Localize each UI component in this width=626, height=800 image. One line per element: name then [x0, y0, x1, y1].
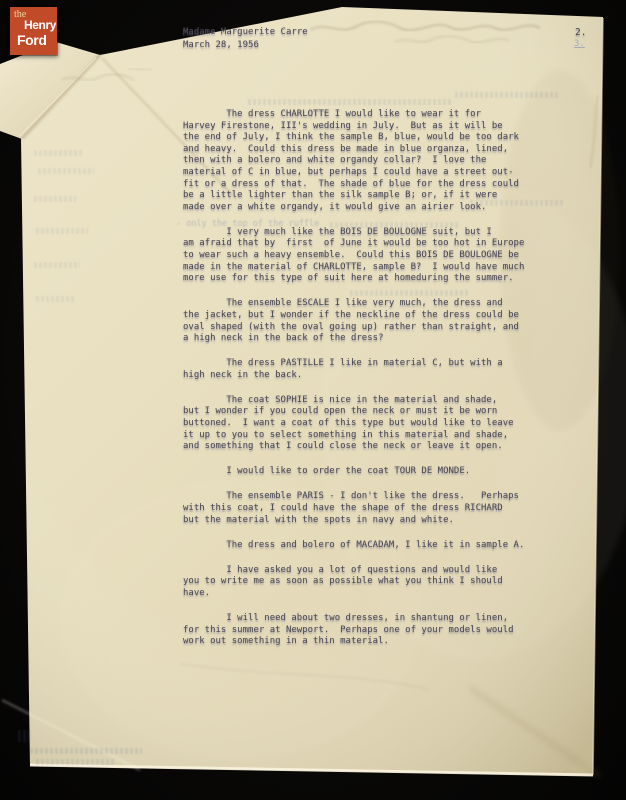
typed-paragraph: The dress and bolero of MACADAM, I like … — [183, 540, 563, 552]
logo-word-ford: Ford — [17, 32, 47, 48]
logo-word-henry: Henry — [24, 18, 56, 32]
ghost-text-fragment — [455, 92, 560, 98]
scanned-letter-canvas: the Henry Ford Madame Marguerite CarreMa… — [0, 0, 626, 800]
ghost-text-fragment — [36, 759, 116, 765]
ghost-text-fragment — [330, 222, 460, 228]
ghost-text-fragment — [470, 200, 565, 206]
typed-paragraph: The ensemble PARIS - I don't like the dr… — [183, 491, 563, 526]
henry-ford-logo: the Henry Ford — [10, 7, 57, 55]
typed-paragraph: The dress PASTILLE I like in material C,… — [183, 358, 563, 381]
ghost-text-fragment — [38, 168, 94, 174]
letter-body: The dress CHARLOTTE I would like to wear… — [183, 109, 563, 661]
ghost-text-fragment — [350, 290, 470, 296]
recipient-line: Madame Marguerite Carre — [183, 27, 308, 37]
page-number: 2. — [575, 27, 586, 38]
letter-header: Madame Marguerite CarreMarch 28, 1956 — [183, 26, 308, 51]
ghost-text-fragment — [248, 99, 453, 105]
typed-paragraph: I very much like the BOIS DE BOULOGNE su… — [183, 227, 563, 285]
typed-paragraph: I will need about two dresses, in shantu… — [183, 613, 563, 648]
typed-paragraph: I have asked you a lot of questions and … — [183, 565, 563, 600]
typed-paragraph: The coat SOPHIE is nice in the material … — [183, 395, 563, 453]
typed-paragraph: The dress CHARLOTTE I would like to wear… — [183, 109, 563, 213]
ghost-text-fragment — [34, 196, 76, 202]
ghost-text-fragment — [18, 730, 32, 742]
ghost-text-fragment — [30, 748, 142, 754]
ghost-text-fragment — [36, 228, 88, 234]
date-line: March 28, 1956 — [183, 40, 259, 50]
typed-paragraph: The ensemble ESCALE I like very much, th… — [183, 298, 563, 344]
ghost-text-fragment — [36, 296, 76, 302]
ghost-text-fragment — [34, 262, 80, 268]
typed-paragraph: I would like to order the coat TOUR DE M… — [183, 466, 563, 478]
ghost-page-number: 3. — [574, 39, 585, 49]
ghost-text-fragment — [34, 150, 82, 156]
